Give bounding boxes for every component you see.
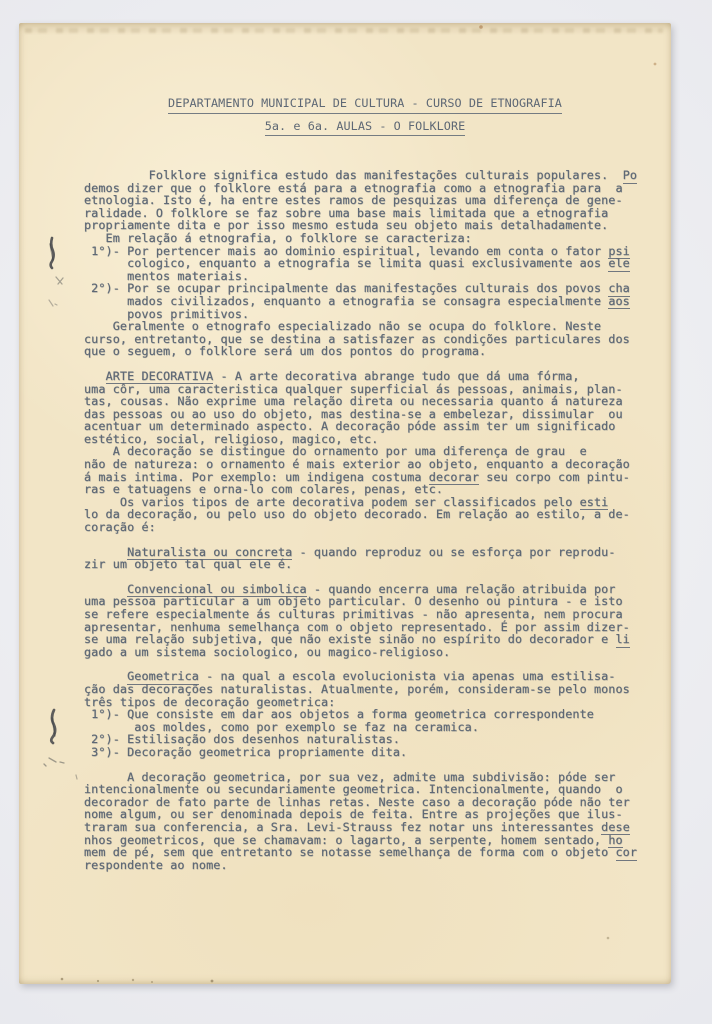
paragraph: Geometrica - na qual a escola evolucioni…	[84, 670, 646, 758]
paragraph: ARTE DECORATIVA - A arte decorativa abra…	[84, 370, 646, 534]
text-line: respondente ao nome.	[84, 859, 646, 872]
text-line: coração é:	[84, 521, 646, 534]
text-line: que o seguem, o folklore será um dos pon…	[84, 345, 646, 358]
text-line: zir um objeto tal qual ele é.	[84, 558, 646, 571]
paragraph: A decoração geometrica, por sua vez, adm…	[84, 771, 646, 872]
document-title: DEPARTAMENTO MUNICIPAL DE CULTURA - CURS…	[168, 96, 562, 114]
text-line: lo da decoração, ou pelo uso do objeto d…	[84, 508, 646, 521]
paper-top-edge-shadow	[25, 28, 663, 33]
scanned-document: DEPARTAMENTO MUNICIPAL DE CULTURA - CURS…	[0, 0, 712, 1024]
document-header: DEPARTAMENTO MUNICIPAL DE CULTURA - CURS…	[84, 97, 646, 132]
text-line: 3°)- Decoração geometrica propriamente d…	[84, 746, 646, 759]
paragraph: Folklore significa estudo das manifestaç…	[84, 169, 646, 358]
document-subtitle-line: 5a. e 6a. AULAS - O FOLKLORE	[84, 120, 646, 133]
text-line: gado a um sistema sociologico, ou magico…	[84, 646, 646, 659]
document-body: Folklore significa estudo das manifestaç…	[84, 169, 646, 883]
paragraph: Naturalista ou concreta - quando reprodu…	[84, 546, 646, 571]
paragraph: Convencional ou simbolica - quando encer…	[84, 583, 646, 659]
paper-sheet: DEPARTAMENTO MUNICIPAL DE CULTURA - CURS…	[19, 23, 671, 984]
document-title-line: DEPARTAMENTO MUNICIPAL DE CULTURA - CURS…	[84, 97, 646, 110]
document-subtitle: 5a. e 6a. AULAS - O FOLKLORE	[265, 119, 466, 137]
